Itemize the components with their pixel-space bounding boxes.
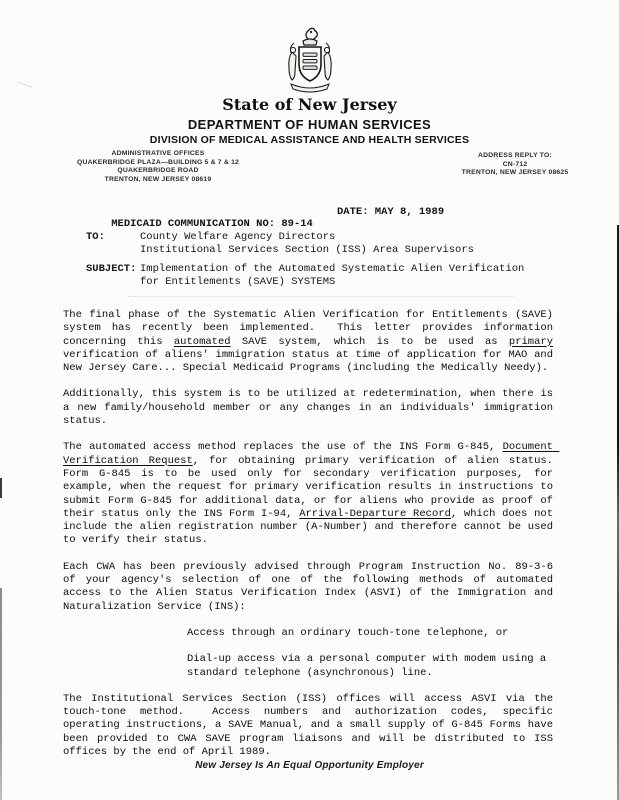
communication-number: MEDICAID COMMUNICATION NO: 89-14 (111, 218, 313, 230)
subject-text: Implementation of the Automated Systemat… (140, 263, 524, 288)
text-segment: Access through an ordinary touch-tone te… (187, 627, 508, 639)
indented-item: Access through an ordinary touch-tone te… (187, 627, 553, 640)
scanned-letter-page: State of New Jersey DEPARTMENT OF HUMAN … (0, 0, 619, 800)
text-segment: The Institutional Services Section (ISS)… (63, 693, 559, 758)
underlined-phrase: Arrival-Departure Record (299, 508, 451, 520)
reply-address-block: ADDRESS REPLY TO: CN-712 TRENTON, NEW JE… (430, 152, 600, 178)
subject-label: SUBJECT: (86, 263, 140, 288)
address-line: TRENTON, NEW JERSEY 08625 (430, 169, 600, 178)
text-segment: Each CWA has been previously advised thr… (63, 561, 559, 613)
subject-line: for Entitlements (SAVE) SYSTEMS (140, 276, 335, 288)
body-paragraph: The automated access method replaces the… (63, 441, 553, 547)
scan-artifact-left-edge-long (0, 588, 2, 800)
indented-item: Dial-up access via a personal computer w… (187, 653, 553, 680)
body-paragraph: Each CWA has been previously advised thr… (63, 561, 553, 614)
address-line: TRENTON, NEW JERSEY 08619 (38, 176, 278, 185)
to-line: County Welfare Agency Directors (140, 231, 335, 243)
body-paragraph: The Institutional Services Section (ISS)… (63, 693, 553, 759)
to-recipients: County Welfare Agency DirectorsInstituti… (140, 231, 474, 256)
to-label: TO: (86, 231, 140, 256)
equal-opportunity-footer: New Jersey Is An Equal Opportunity Emplo… (0, 760, 619, 771)
address-line: CN-712 (430, 161, 600, 170)
state-title: State of New Jersey (0, 95, 619, 114)
faint-divider-line (128, 296, 514, 297)
to-row: TO: County Welfare Agency DirectorsInsti… (86, 231, 566, 256)
address-line: QUAKERBRIDGE PLAZA—BUILDING 5 & 7 & 12 (38, 159, 278, 168)
subject-line: Implementation of the Automated Systemat… (140, 263, 524, 275)
subject-row: SUBJECT: Implementation of the Automated… (86, 263, 566, 288)
scan-artifact-left-edge-short (0, 478, 2, 498)
address-line: ADMINISTRATIVE OFFICES (38, 150, 278, 159)
scan-artifact-smudge (15, 81, 32, 93)
division-title: DIVISION OF MEDICAL ASSISTANCE AND HEALT… (0, 134, 619, 146)
body-paragraph: The final phase of the Systematic Alien … (63, 309, 553, 375)
address-line: ADDRESS REPLY TO: (430, 152, 600, 161)
address-line: QUAKERBRIDGE ROAD (38, 167, 278, 176)
medicaid-communication-heading: MEDICAID COMMUNICATION NO: 89-14 DATE: M… (86, 206, 566, 220)
administrative-address-block: ADMINISTRATIVE OFFICES QUAKERBRIDGE PLAZ… (38, 150, 278, 184)
text-segment: Additionally, this system is to be utili… (63, 388, 559, 427)
nj-state-seal-icon (281, 26, 339, 103)
memo-date: DATE: MAY 8, 1989 (337, 206, 444, 218)
department-title: DEPARTMENT OF HUMAN SERVICES (0, 117, 619, 132)
text-segment: SAVE system, which is to be used as (231, 336, 509, 348)
body-paragraph: Additionally, this system is to be utili… (63, 388, 553, 428)
text-segment: The automated access method replaces the… (63, 441, 503, 453)
letter-body: The final phase of the Systematic Alien … (63, 309, 553, 772)
text-segment: Dial-up access via a personal computer w… (187, 653, 552, 678)
underlined-phrase: automated (174, 336, 231, 348)
underlined-phrase: primary (509, 336, 553, 348)
to-line: Institutional Services Section (ISS) Are… (140, 244, 474, 256)
